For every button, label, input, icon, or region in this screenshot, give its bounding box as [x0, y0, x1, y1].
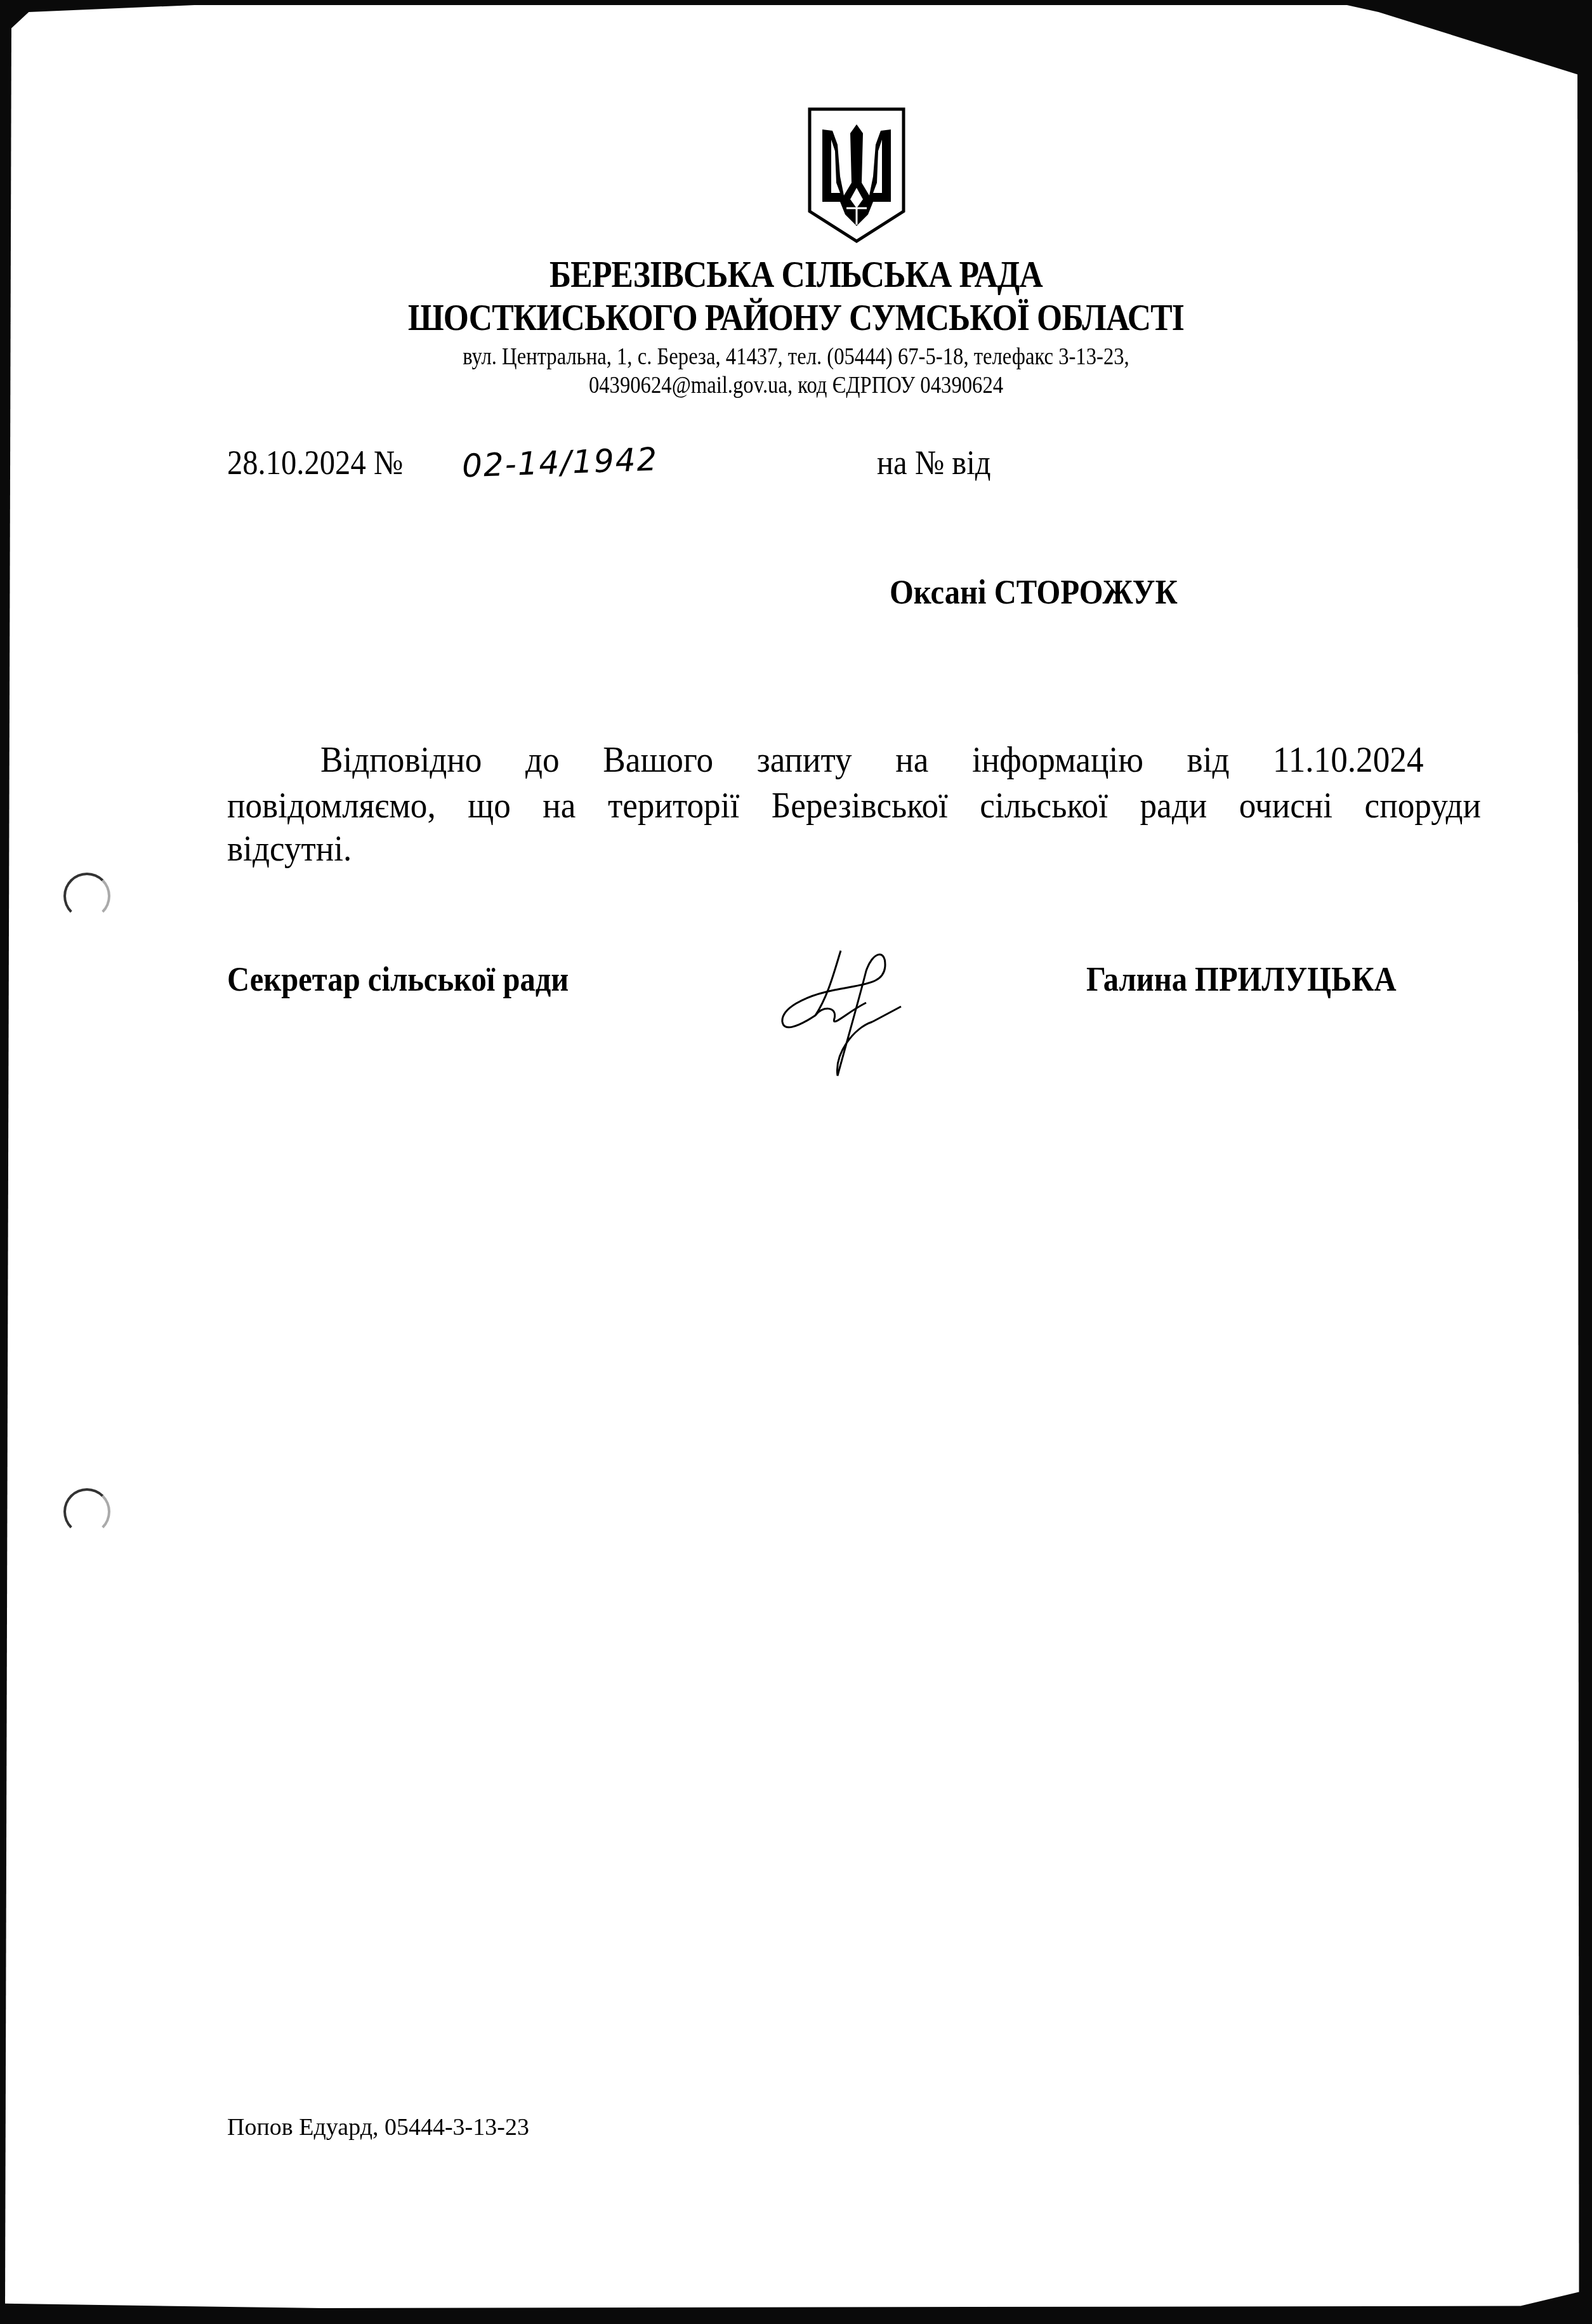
organization-name: БЕРЕЗІВСЬКА СІЛЬСЬКА РАДА	[112, 253, 1481, 296]
letter-date: 28.10.2024	[227, 444, 366, 482]
body-line: повідомляємо, що на території Березівськ…	[227, 786, 1481, 826]
number-sign: №	[374, 444, 403, 482]
trident-emblem-icon	[807, 107, 906, 243]
recipient-name: Оксані СТОРОЖУК	[890, 572, 1178, 612]
reply-reference: на № від	[877, 443, 990, 482]
punch-hole-mark	[63, 873, 110, 920]
handwritten-signature-icon	[777, 946, 987, 1079]
handwritten-registration-number: 02-14/1942	[461, 441, 659, 485]
organization-address: вул. Центральна, 1, с. Береза, 41437, те…	[112, 343, 1481, 371]
executor-contact: Попов Едуард, 05444-3-13-23	[227, 2113, 529, 2141]
body-line: Відповідно до Вашого запиту на інформаці…	[320, 740, 1424, 781]
organization-district: ШОСТКИСЬКОГО РАЙОНУ СУМСЬКОЇ ОБЛАСТІ	[112, 296, 1481, 340]
punch-hole-mark	[63, 1488, 110, 1535]
signatory-position: Секретар сільської ради	[227, 960, 569, 999]
organization-contacts: 04390624@mail.gov.ua, код ЄДРПОУ 0439062…	[112, 371, 1481, 399]
body-line: відсутні.	[227, 829, 1481, 869]
signatory-name: Галина ПРИЛУЦЬКА	[1086, 960, 1397, 999]
